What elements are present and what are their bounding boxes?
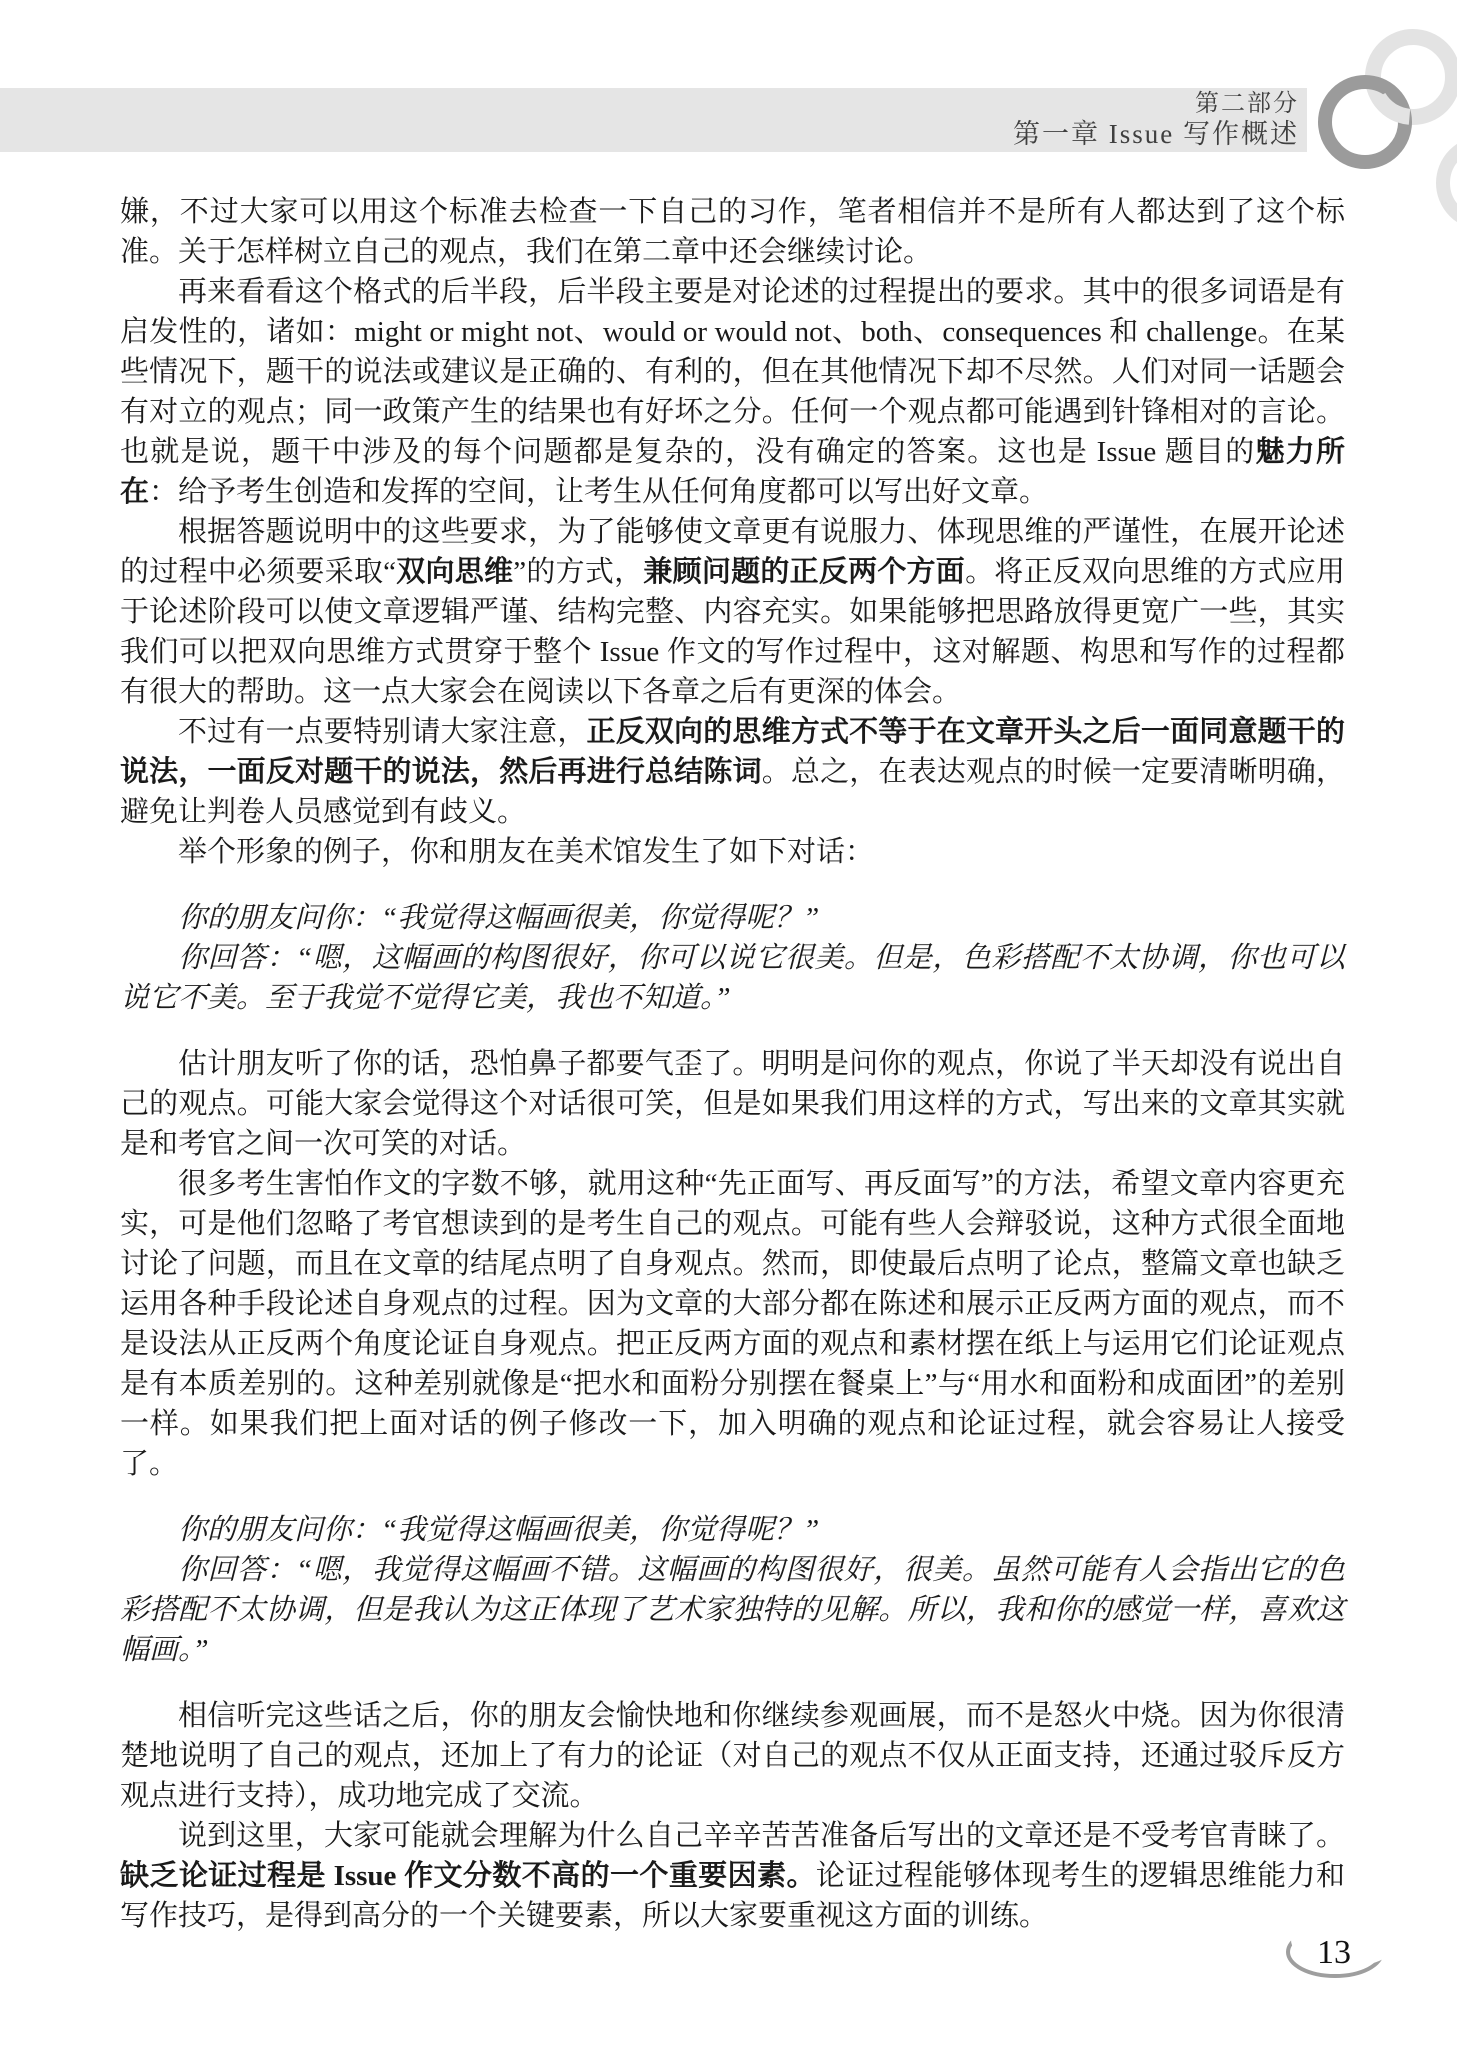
page-number: 13 <box>1317 1934 1351 1972</box>
page-content: 嫌，不过大家可以用这个标准去检查一下自己的习作，笔者相信并不是所有人都达到了这个… <box>120 192 1345 1936</box>
text-run: ：给予考生创造和发挥的空间，让考生从任何角度都可以写出好文章。 <box>149 476 1048 508</box>
header-band: 第二部分 第一章 Issue 写作概述 <box>0 88 1307 152</box>
body-paragraph: 估计朋友听了你的话，恐怕鼻子都要气歪了。明明是问你的观点，你说了半天却没有说出自… <box>120 1044 1345 1164</box>
bold-text-run: 兼顾问题的正反两个方面 <box>643 556 965 588</box>
dialogue-paragraph: 你回答：“嗯，我觉得这幅画不错。这幅画的构图很好，很美。虽然可能有人会指出它的色… <box>120 1550 1345 1670</box>
body-paragraph: 不过有一点要特别请大家注意，正反双向的思维方式不等于在文章开头之后一面同意题干的… <box>120 712 1345 832</box>
text-run: ”的方式， <box>513 556 643 588</box>
header-chapter-label: 第一章 Issue 写作概述 <box>1013 118 1299 150</box>
text-run: 嫌，不过大家可以用这个标准去检查一下自己的习作，笔者相信并不是所有人都达到了这个… <box>120 196 1345 268</box>
text-run: 估计朋友听了你的话，恐怕鼻子都要气歪了。明明是问你的观点，你说了半天却没有说出自… <box>120 1048 1345 1160</box>
dialogue-paragraph: 你回答：“嗯，这幅画的构图很好，你可以说它很美。但是，色彩搭配不太协调，你也可以… <box>120 938 1345 1018</box>
bold-text-run: 双向思维 <box>396 556 513 588</box>
dialogue-paragraph: 你的朋友问你：“我觉得这幅画很美，你觉得呢？” <box>120 1510 1345 1550</box>
page-footer: 13 <box>1283 1926 1395 1992</box>
text-run: 再来看看这个格式的后半段，后半段主要是对论述的过程提出的要求。其中的很多词语是有… <box>120 276 1345 468</box>
text-run: 很多考生害怕作文的字数不够，就用这种“先正面写、再反面写”的方法，希望文章内容更… <box>120 1168 1345 1480</box>
text-run: 说到这里，大家可能就会理解为什么自己辛辛苦苦准备后写出的文章还是不受考官青睐了。 <box>178 1820 1345 1852</box>
body-paragraph: 举个形象的例子，你和朋友在美术馆发生了如下对话： <box>120 832 1345 872</box>
bold-text-run: 缺乏论证过程是 Issue 作文分数不高的一个重要因素。 <box>120 1860 816 1892</box>
body-paragraph: 很多考生害怕作文的字数不够，就用这种“先正面写、再反面写”的方法，希望文章内容更… <box>120 1164 1345 1484</box>
text-run: 举个形象的例子，你和朋友在美术馆发生了如下对话： <box>178 836 874 868</box>
text-run: 相信听完这些话之后，你的朋友会愉快地和你继续参观画展，而不是怒火中烧。因为你很清… <box>120 1700 1345 1812</box>
body-paragraph: 说到这里，大家可能就会理解为什么自己辛辛苦苦准备后写出的文章还是不受考官青睐了。… <box>120 1816 1345 1936</box>
body-paragraph: 相信听完这些话之后，你的朋友会愉快地和你继续参观画展，而不是怒火中烧。因为你很清… <box>120 1696 1345 1816</box>
dialogue-block: 你的朋友问你：“我觉得这幅画很美，你觉得呢？”你回答：“嗯，这幅画的构图很好，你… <box>120 898 1345 1018</box>
dialogue-paragraph: 你的朋友问你：“我觉得这幅画很美，你觉得呢？” <box>120 898 1345 938</box>
dialogue-block: 你的朋友问你：“我觉得这幅画很美，你觉得呢？”你回答：“嗯，我觉得这幅画不错。这… <box>120 1510 1345 1670</box>
text-run: 不过有一点要特别请大家注意， <box>178 716 587 748</box>
book-page: { "header": { "part_label": "第二部分", "cha… <box>0 0 1457 2048</box>
body-paragraph: 嫌，不过大家可以用这个标准去检查一下自己的习作，笔者相信并不是所有人都达到了这个… <box>120 192 1345 272</box>
header-part-label: 第二部分 <box>1195 90 1299 118</box>
body-paragraph: 再来看看这个格式的后半段，后半段主要是对论述的过程提出的要求。其中的很多词语是有… <box>120 272 1345 512</box>
body-paragraph: 根据答题说明中的这些要求，为了能够使文章更有说服力、体现思维的严谨性，在展开论述… <box>120 512 1345 712</box>
